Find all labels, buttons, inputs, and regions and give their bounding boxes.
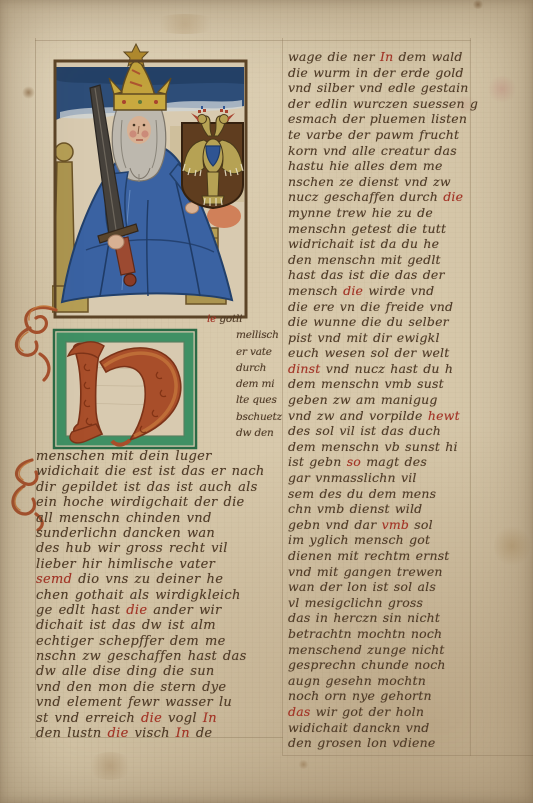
king-miniature: [52, 40, 248, 320]
text-line: den grosen lon vdiene: [288, 735, 472, 751]
text-line: nucz geschaffen durch die: [288, 189, 472, 205]
king-figure: [62, 44, 232, 302]
cushion: [207, 204, 241, 228]
text-line: chn vmb dienst wild: [288, 501, 472, 517]
text-line: dienen mit rechtm ernst: [288, 548, 472, 564]
eagle: [183, 113, 243, 204]
face: [127, 116, 151, 144]
stain: [494, 524, 530, 568]
text-line: gesprechn chunde noch: [288, 657, 472, 673]
eagle-crowns: [198, 106, 228, 113]
background-wash: [170, 126, 244, 202]
text-line: ist gebn so magt des: [288, 454, 472, 470]
left-text-column: menschen mit dein lugerwidichait die est…: [36, 449, 284, 741]
text-line: ge edlt hast die ander wir: [36, 603, 284, 618]
text-line: durch: [236, 360, 284, 376]
hand: [108, 235, 124, 249]
rubricated-word: In: [176, 726, 190, 741]
illuminated-initial: [52, 328, 198, 452]
text-line: nschen ze dienst vnd zw: [288, 174, 472, 190]
text-line: all menschn chinden vnd: [36, 511, 284, 526]
eagle-feather-fringe: [183, 164, 243, 206]
text-line: vnd element fewr wasser lu: [36, 695, 284, 710]
initial-letter: [68, 342, 181, 445]
text-line: mensch die wirde vnd: [288, 283, 472, 299]
rubricated-word: die: [107, 726, 128, 741]
collar: [122, 142, 156, 168]
robe: [62, 144, 232, 302]
text-line: wan der lon ist sol als: [288, 579, 472, 595]
rubricated-word: so: [347, 454, 361, 469]
text-line: vnd den mon die stern dye: [36, 680, 284, 695]
text-line: vnd zw and vorpilde hewt: [288, 408, 472, 424]
text-line: semd dio vns zu deiner he: [36, 572, 284, 587]
text-line: korn vnd alle creatur das: [288, 143, 472, 159]
text-line: dinst vnd nucz hast du h: [288, 361, 472, 377]
miniature-background: [55, 61, 246, 317]
rubricated-word: die: [443, 189, 463, 204]
initial-scrollwork: [84, 364, 166, 433]
text-line: lieber hir himlische vater: [36, 557, 284, 572]
text-line: dichait ist das dw ist alm: [36, 618, 284, 633]
text-line: augn gesehn mochtn: [288, 673, 472, 689]
stain: [86, 752, 134, 780]
text-line: menschen mit dein luger: [36, 449, 284, 464]
text-line: dw den: [236, 425, 284, 441]
text-line: den menschn mit gedlt: [288, 252, 472, 268]
text-line: st vnd erreich die vogl In: [36, 711, 284, 726]
text-line: euch wesen sol der welt: [288, 345, 472, 361]
throne: [52, 143, 226, 312]
text-line: sem des du dem mens: [288, 486, 472, 502]
rubricated-word: ie: [207, 313, 216, 325]
text-line: chen gothait als wirdigkleich: [36, 588, 284, 603]
text-line: dem menschn vb sunst hi: [288, 439, 472, 455]
stain: [298, 760, 309, 769]
text-line: das in herczn sin nicht: [288, 610, 472, 626]
text-line: bschuetz: [236, 409, 284, 425]
text-line: den lustn die visch In de: [36, 726, 284, 741]
text-line: lte ques: [236, 392, 284, 408]
eagle-shield: [182, 106, 243, 208]
text-line: vnd silber vnd edle gestain: [288, 80, 472, 96]
text-line: des hub wir gross recht vil: [36, 541, 284, 556]
crown: [109, 44, 171, 110]
beard: [112, 100, 166, 181]
text-line: mynne trew hie zu de: [288, 205, 472, 221]
rubricated-word: die: [343, 283, 363, 298]
text-line: vnd mit gangen trewen: [288, 564, 472, 580]
stain: [22, 86, 35, 99]
right-text-column: wage die ner In dem walddie wurm in der …: [288, 49, 472, 751]
rubricated-word: In: [203, 711, 217, 726]
text-line: dir gepildet ist das ist auch als: [36, 480, 284, 495]
initial-frame-inner: [66, 342, 184, 436]
inescutcheon: [206, 146, 220, 166]
rubricated-word: die: [126, 603, 147, 618]
text-line: pist vnd mit dir ewigkl: [288, 330, 472, 346]
text-line: sunderlichn dancken wan: [36, 526, 284, 541]
text-line: das wir got der holn: [288, 704, 472, 720]
text-line: ein hoche wirdigchait der die: [36, 495, 284, 510]
text-line: menschend zunge nicht: [288, 642, 472, 658]
rubricated-word: vmb: [382, 517, 410, 532]
text-line: geben zw am manigug: [288, 392, 472, 408]
text-line: menschn getest die tutt: [288, 221, 472, 237]
text-line: die ere vn die freide vnd: [288, 299, 472, 315]
sky: [56, 67, 244, 120]
text-line: echtiger schepffer dem me: [36, 634, 284, 649]
text-line: mellisch: [236, 327, 284, 343]
ruling-line: [35, 40, 471, 41]
sleeve: [170, 164, 206, 208]
stain: [150, 14, 220, 34]
stain: [486, 76, 518, 102]
text-line: esmach der pluemen listen: [288, 111, 472, 127]
text-line: gebn vnd dar vmb sol: [288, 517, 472, 533]
text-line: dw alle dise ding die sun: [36, 664, 284, 679]
ruling-line: [283, 755, 533, 756]
rubricated-word: die: [141, 711, 162, 726]
rubricated-word: semd: [36, 572, 72, 587]
manuscript-page: ie gotlimellischer vatedurchdem milte qu…: [0, 0, 533, 803]
rubricated-word: das: [288, 704, 310, 719]
text-line: ie gotli: [207, 311, 284, 327]
text-line: widichait die est ist das er nach: [36, 464, 284, 479]
text-line: gar vnmasslichn vil: [288, 470, 472, 486]
rubricated-word: dinst: [288, 361, 321, 376]
text-line: des sol vil ist das duch: [288, 423, 472, 439]
text-line: te varbe der pawm frucht: [288, 127, 472, 143]
text-line: hast das ist die das der: [288, 267, 472, 283]
miniature-frame: [55, 61, 246, 317]
show-through: [82, 367, 160, 404]
text-line: die wurm in der erde gold: [288, 65, 472, 81]
text-line: widrichait ist da du he: [288, 236, 472, 252]
hand: [186, 203, 199, 214]
text-line: vl mesigclichn gross: [288, 595, 472, 611]
text-line: hastu hie alles dem me: [288, 158, 472, 174]
text-line: der edlin wurczen suessen g: [288, 96, 472, 112]
text-line: noch orn nye gehortn: [288, 688, 472, 704]
text-line: im yglich mensch got: [288, 532, 472, 548]
initial-side-text-column: ie gotlimellischer vatedurchdem milte qu…: [236, 311, 284, 441]
rubricated-word: In: [380, 49, 393, 64]
sword: [90, 85, 138, 286]
text-line: er vate: [236, 344, 284, 360]
initial-frame-band: [61, 337, 189, 441]
text-line: dem mi: [236, 376, 284, 392]
rubricated-word: hewt: [428, 408, 460, 423]
text-line: die wunne die du selber: [288, 314, 472, 330]
initial-frame-outer: [54, 330, 196, 448]
stain: [472, 0, 484, 9]
text-line: widichait danckn vnd: [288, 720, 472, 736]
text-line: dem menschn vmb sust: [288, 376, 472, 392]
text-line: betrachtn mochtn noch: [288, 626, 472, 642]
text-line: wage die ner In dem wald: [288, 49, 472, 65]
sleeve: [106, 172, 129, 238]
text-line: nschn zw geschaffen hast das: [36, 649, 284, 664]
